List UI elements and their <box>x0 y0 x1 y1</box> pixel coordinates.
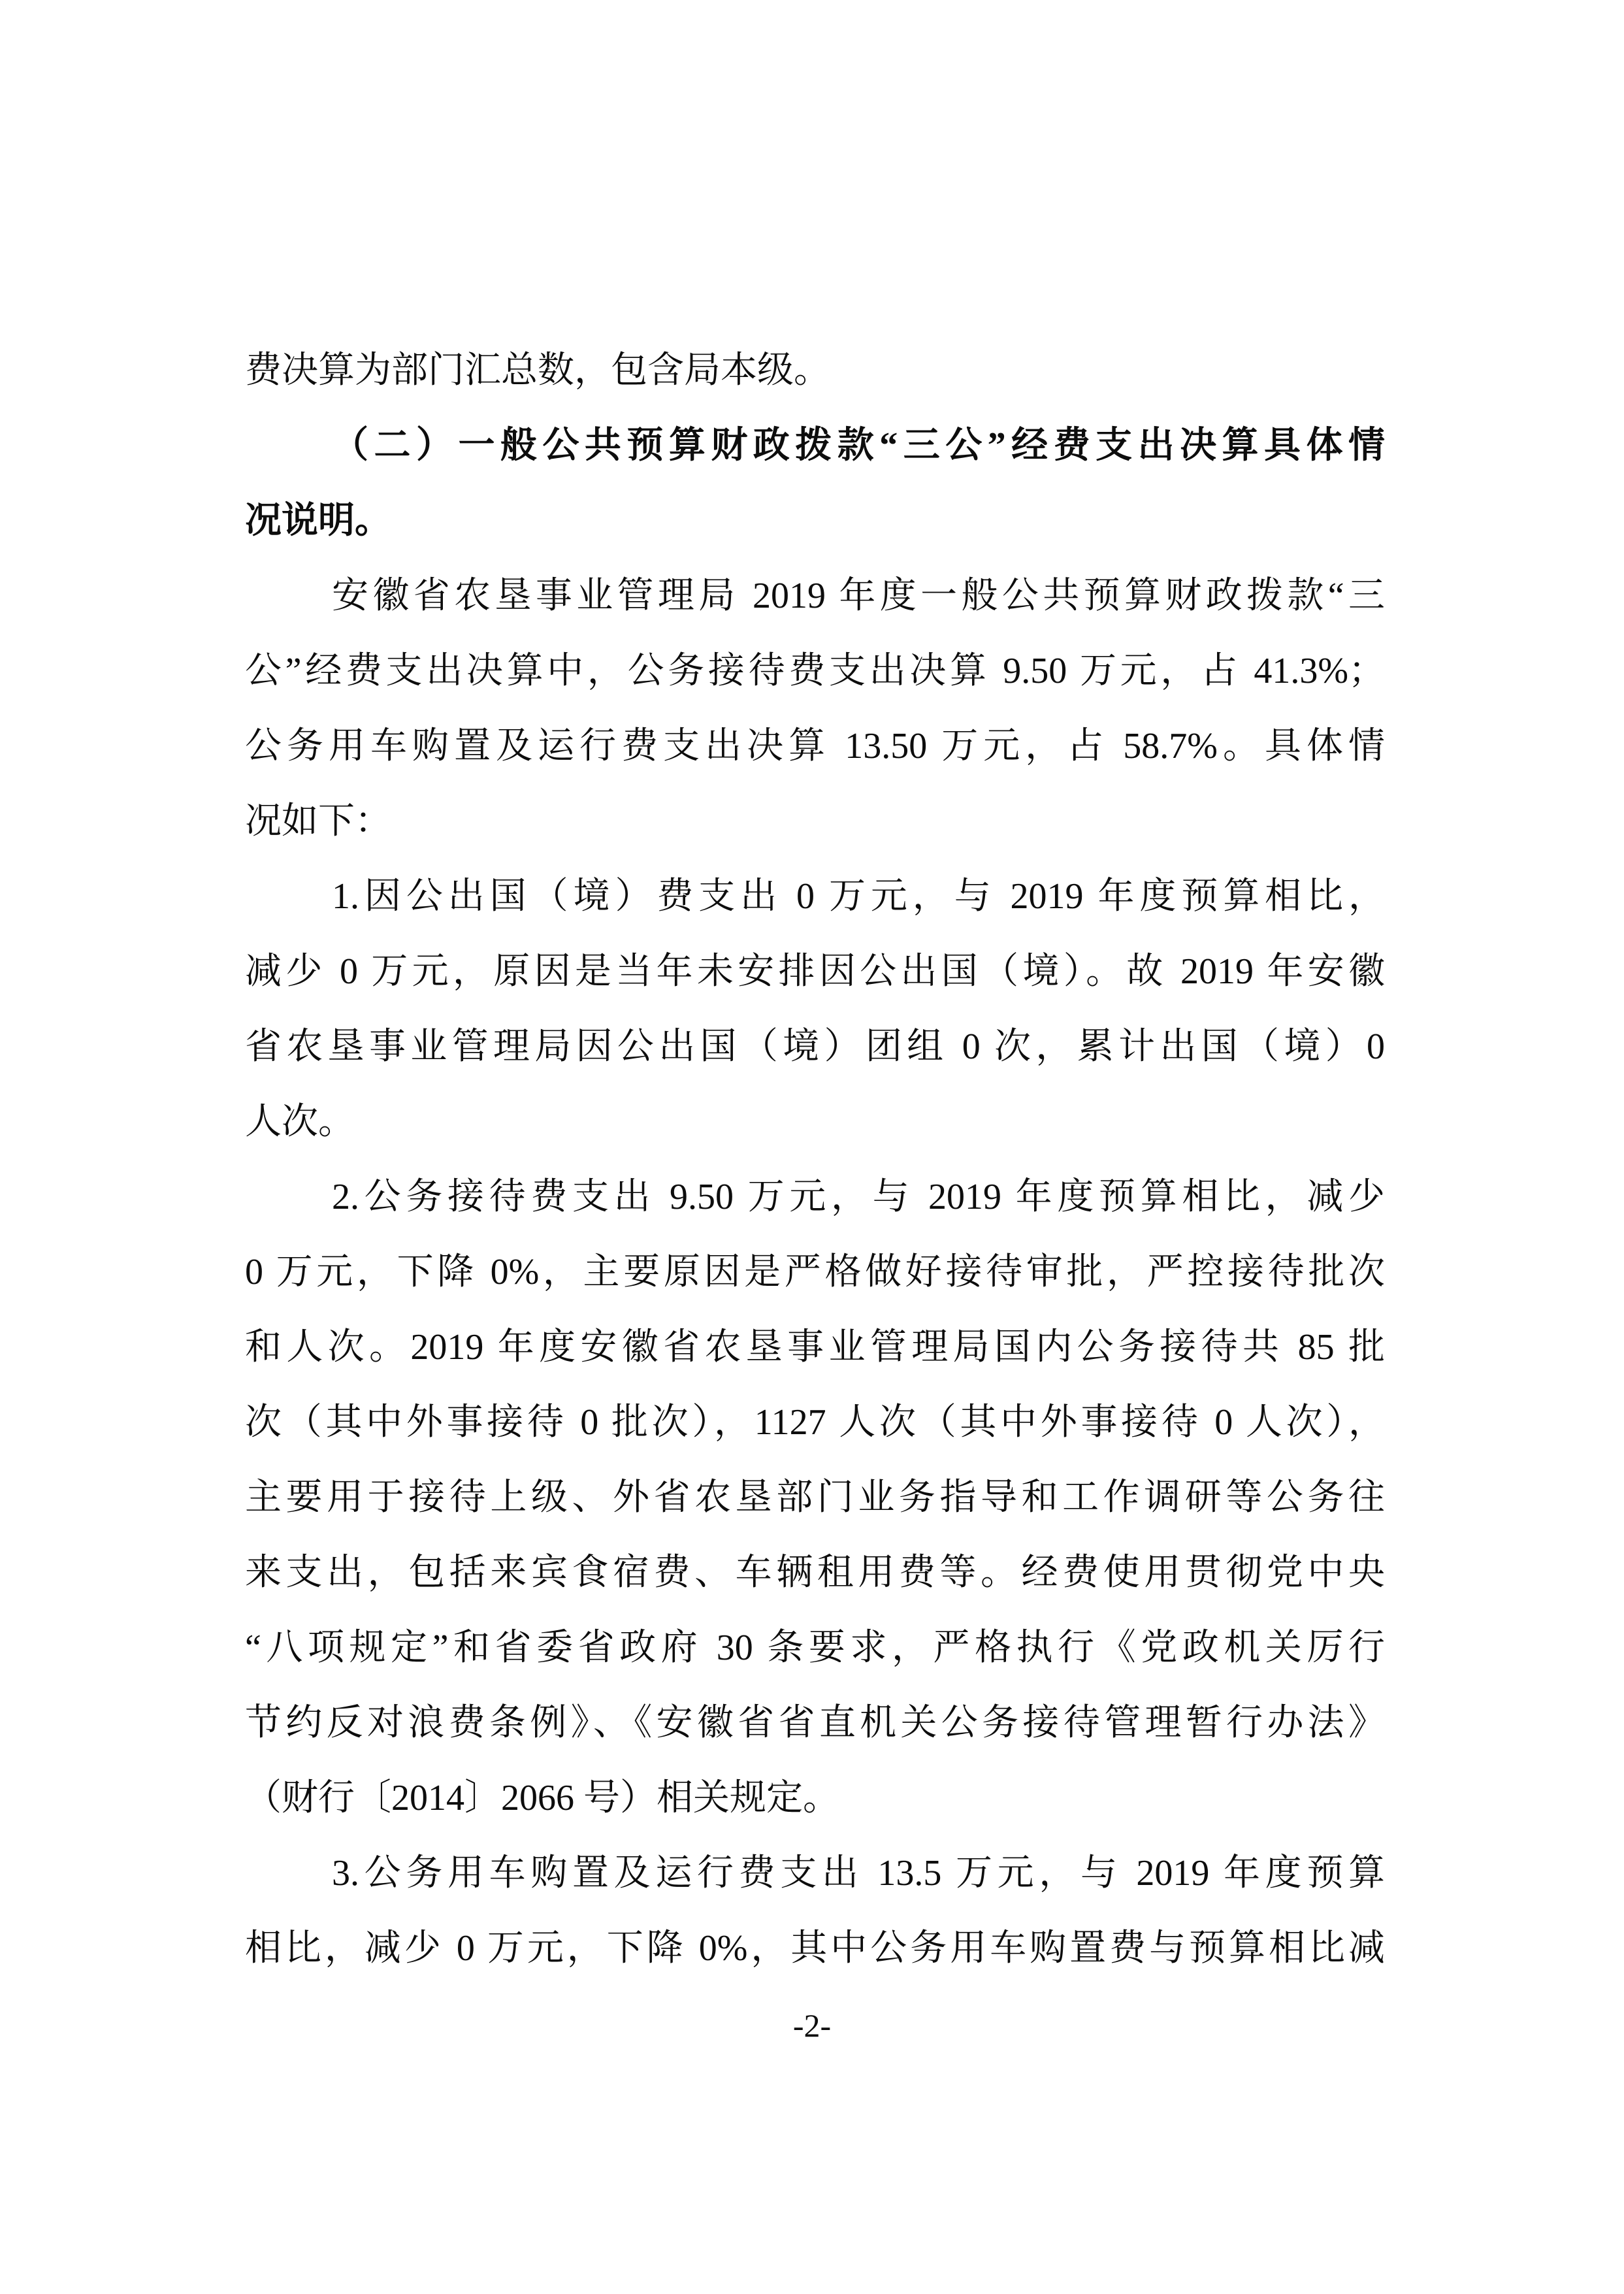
text-line: 相比，减少 0 万元，下降 0%，其中公务用车购置费与预算相比减 <box>245 1911 1385 1986</box>
text-line: 次（其中外事接待 0 批次），1127 人次（其中外事接待 0 人次）， <box>245 1385 1385 1460</box>
text-line: “八项规定”和省委省政府 30 条要求，严格执行《党政机关厉行 <box>245 1611 1385 1686</box>
text-line: 和人次。2019 年度安徽省农垦事业管理局国内公务接待共 85 批 <box>245 1310 1385 1385</box>
text-line: 减少 0 万元，原因是当年未安排因公出国（境）。故 2019 年安徽 <box>245 934 1385 1009</box>
text-line: 况如下： <box>245 784 1385 859</box>
text-line: 0 万元，下降 0%，主要原因是严格做好接待审批，严控接待批次 <box>245 1235 1385 1310</box>
text-line: 公务用车购置及运行费支出决算 13.50 万元，占 58.7%。具体情 <box>245 709 1385 784</box>
text-line: （财行〔2014〕2066 号）相关规定。 <box>245 1761 1385 1836</box>
text-line: 1.因公出国（境）费支出 0 万元，与 2019 年度预算相比， <box>245 859 1385 934</box>
text-line: 省农垦事业管理局因公出国（境）团组 0 次，累计出国（境）0 <box>245 1009 1385 1085</box>
text-line: 公”经费支出决算中，公务接待费支出决算 9.50 万元，占 41.3%； <box>245 634 1385 709</box>
text-line: 3.公务用车购置及运行费支出 13.5 万元，与 2019 年度预算 <box>245 1836 1385 1911</box>
document-page: 费决算为部门汇总数，包含局本级。 （二）一般公共预算财政拨款“三公”经费支出决算… <box>0 0 1624 2294</box>
text-line: 主要用于接待上级、外省农垦部门业务指导和工作调研等公务往 <box>245 1460 1385 1535</box>
text-line: 费决算为部门汇总数，包含局本级。 <box>245 333 1385 408</box>
text-line: 安徽省农垦事业管理局 2019 年度一般公共预算财政拨款“三 <box>245 559 1385 634</box>
text-block: 费决算为部门汇总数，包含局本级。 （二）一般公共预算财政拨款“三公”经费支出决算… <box>245 333 1385 1986</box>
section-heading-line-1: （二）一般公共预算财政拨款“三公”经费支出决算具体情 <box>245 408 1385 483</box>
text-line: 人次。 <box>245 1085 1385 1160</box>
text-line: 节约反对浪费条例》、《安徽省省直机关公务接待管理暂行办法》 <box>245 1686 1385 1761</box>
text-line: 2.公务接待费支出 9.50 万元，与 2019 年度预算相比，减少 <box>245 1160 1385 1235</box>
text-line: 来支出，包括来宾食宿费、车辆租用费等。经费使用贯彻党中央 <box>245 1535 1385 1611</box>
page-number: -2- <box>0 1999 1624 2052</box>
section-heading-line-2: 况说明。 <box>245 483 1385 559</box>
